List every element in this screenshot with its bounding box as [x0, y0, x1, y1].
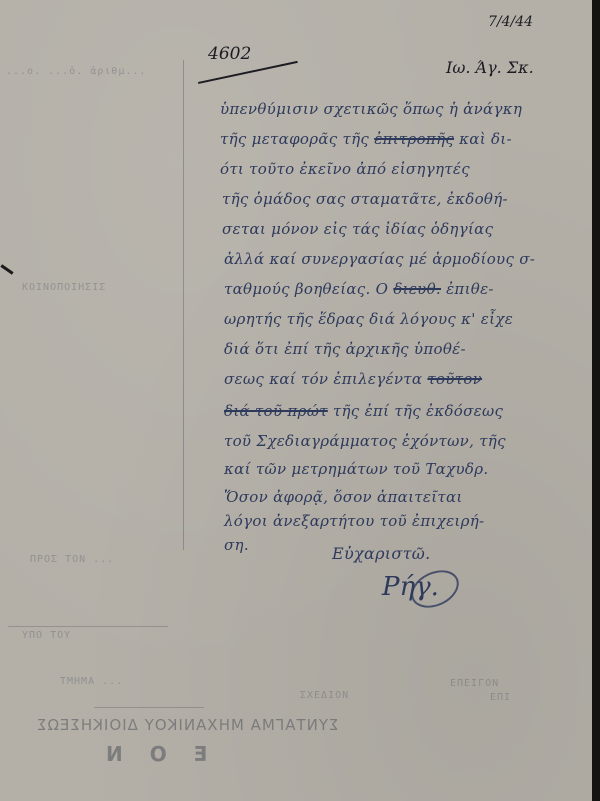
- margin-rule: [183, 60, 184, 550]
- body-line: τῆς μεταφορᾶς τῆς ἐπιτροπῆς καὶ δι-: [220, 130, 512, 148]
- faint-label-top: ...ο. ...ὁ. ἀριθμ...: [6, 66, 146, 77]
- letter-date: 7/4/44: [488, 14, 533, 30]
- body-line: καί τῶν μετρημάτων τοῦ Ταχυδρ.: [224, 460, 488, 478]
- body-line: λόγοι ἀνεξαρτήτου τοῦ ἐπιχειρή-: [224, 512, 484, 530]
- body-line: ότι τοῦτο ἐκεῖνο ἀπό εἰσηγητές: [220, 160, 470, 178]
- body-line: σεως καί τόν ἐπιλεγέντα τοῦτον: [224, 370, 482, 388]
- bleedthrough-stamp-line2: Ε Ο Ν: [96, 742, 207, 766]
- scan-edge-shadow: [592, 0, 600, 801]
- letter-place: Ιω. Άγ. Σκ.: [446, 58, 534, 77]
- body-line: ωρητής τῆς ἕδρας διά λόγους κ' εἶχε: [224, 310, 513, 328]
- bleedthrough-stamp-line1: ΣΥΝΤΑΓΜΑ ΜΗΧΑΝΙΚΟΥ ΔΙΟΙΚΗΣΕΩΣ: [36, 716, 339, 734]
- printed-rule-bottom: [94, 707, 204, 708]
- body-line: ἀλλά καί συνεργασίας μέ ἀρμοδίους σ-: [224, 250, 535, 268]
- faint-label-section: ΤΜΗΜΑ ...: [60, 676, 123, 687]
- faint-label-lower: ΠΡΟΣ ΤΟΝ ...: [30, 554, 114, 565]
- body-line: ση.: [224, 536, 249, 554]
- body-line: διά ὅτι ἐπί τῆς ἀρχικῆς ὑποθέ-: [224, 340, 466, 358]
- faint-label-epi: ΕΠΙ: [490, 692, 511, 703]
- body-line: ὑπενθύμισιν σχετικῶς ὅπως ἡ ἀνάγκη: [220, 100, 522, 118]
- scanned-letter-page: ...ο. ...ὁ. ἀριθμ... ΚΟΙΝΟΠΟΙΗΣΙΣ ΠΡΟΣ Τ…: [0, 0, 592, 801]
- body-line: σεται μόνον εἰς τάς ἰδίας ὁδηγίας: [222, 220, 493, 238]
- margin-mark: [0, 264, 13, 274]
- struck-text: διευθ.: [393, 280, 441, 298]
- struck-text: ἐπιτροπῆς: [374, 130, 454, 148]
- closing-text: Εὐχαριστῶ.: [332, 544, 431, 563]
- reference-underline: [198, 61, 298, 84]
- faint-label-urgent: ΕΠΕΙΓΟΝ: [450, 678, 499, 689]
- body-line: Ὅσον ἀφορᾷ, ὅσον ἀπαιτεῖται: [224, 488, 463, 506]
- body-line: ταθμούς βοηθείας. Ο διευθ. ἐπιθε-: [224, 280, 494, 298]
- faint-label-from: ΥΠΟ ΤΟΥ: [22, 630, 71, 641]
- struck-text: τοῦτον: [427, 370, 482, 388]
- struck-text: διά τοῦ πρώτ: [224, 402, 328, 420]
- body-line: διά τοῦ πρώτ τῆς ἐπί τῆς ἐκδόσεως: [224, 402, 503, 420]
- faint-label-middle: ΚΟΙΝΟΠΟΙΗΣΙΣ: [22, 282, 106, 293]
- body-line: τοῦ Σχεδιαγράμματος ἐχόντων, τῆς: [224, 432, 506, 450]
- body-line: τῆς ὁμάδος σας σταματᾶτε, ἐκδοθή-: [222, 190, 508, 208]
- signature-flourish: [405, 563, 465, 615]
- printed-rule-left: [8, 626, 168, 627]
- faint-label-draft: ΣΧΕΔΙΟΝ: [300, 690, 349, 701]
- reference-number: 4602: [208, 44, 251, 64]
